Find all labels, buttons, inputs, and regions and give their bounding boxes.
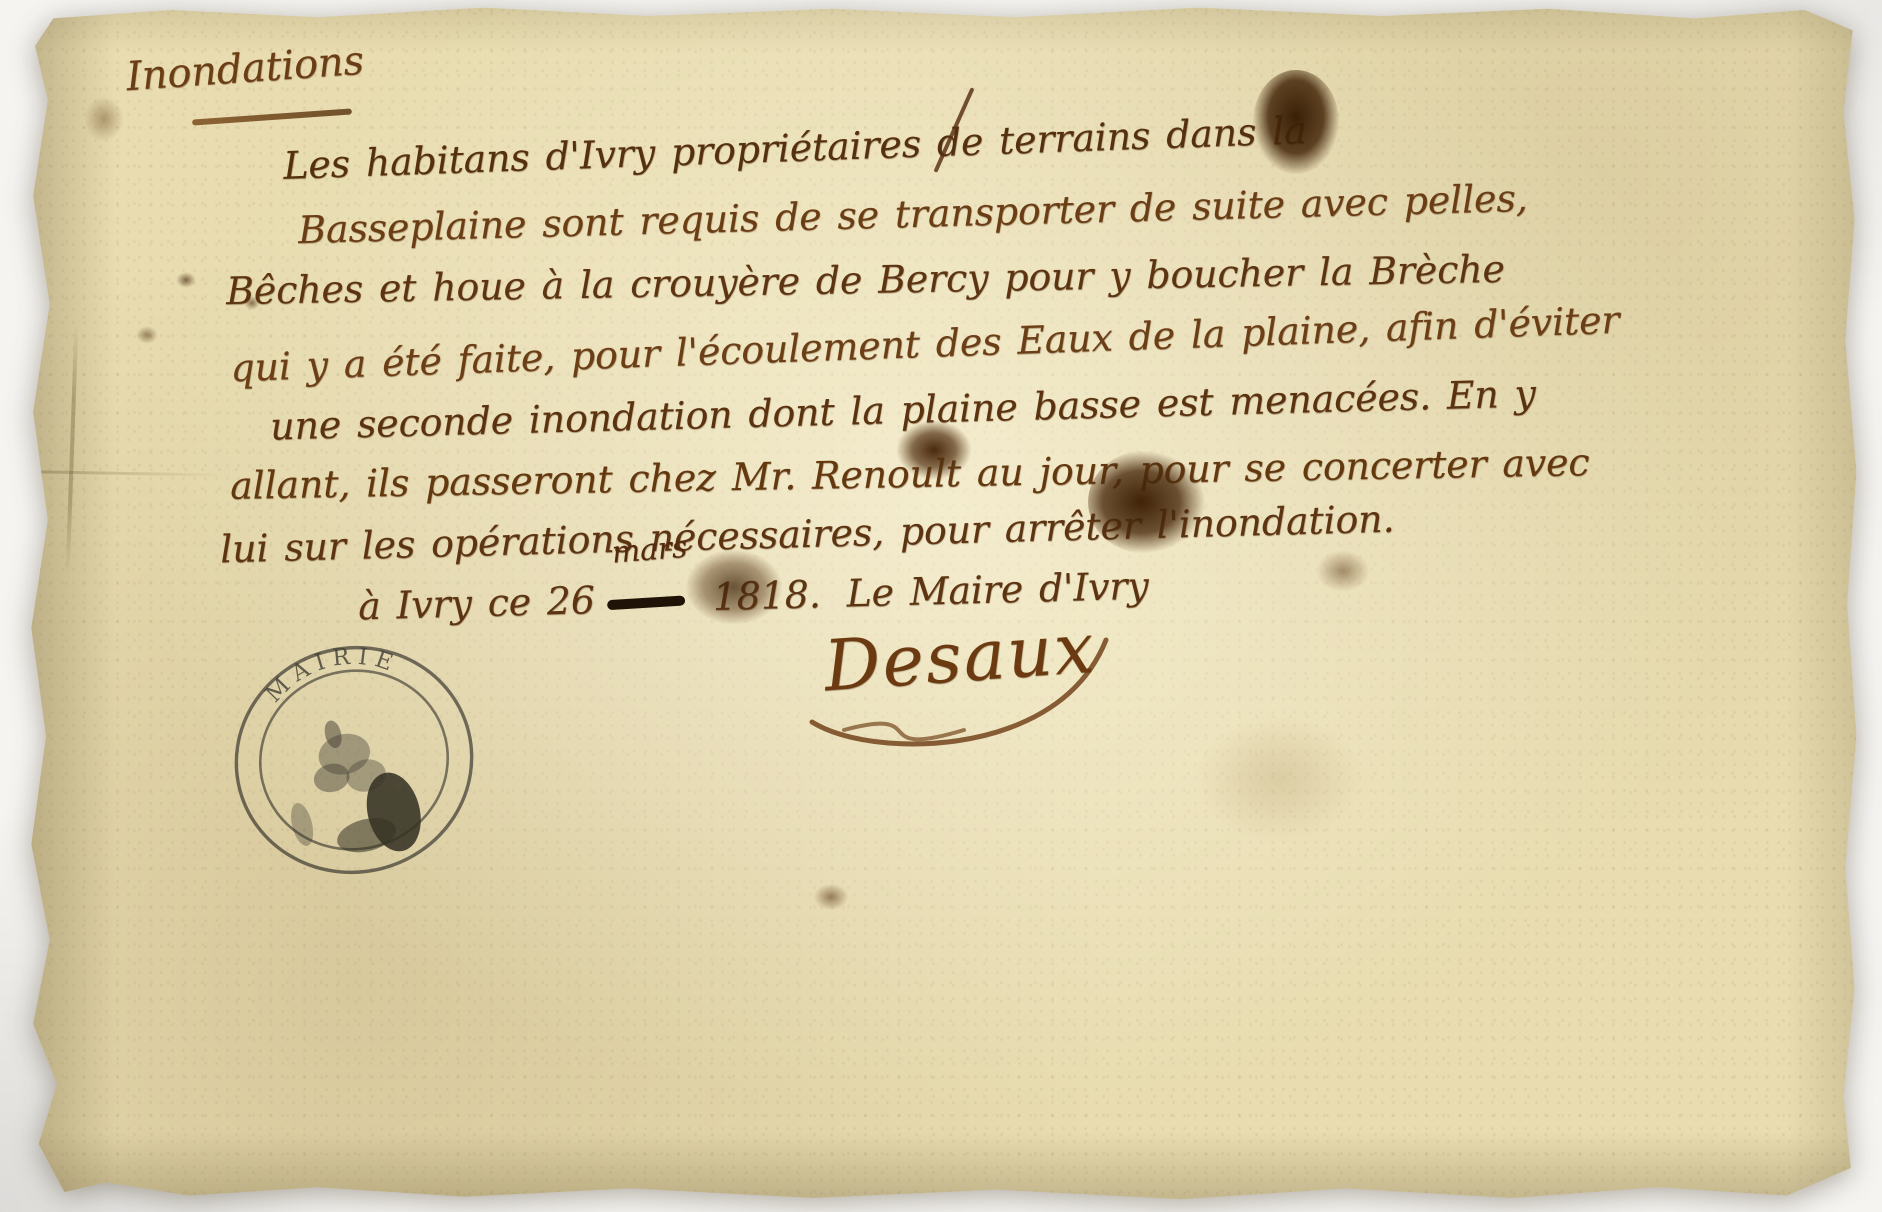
heading-underline [192, 108, 352, 125]
aged-paper-sheet: Inondations Les habitans d'Ivry propriét… [24, 4, 1860, 1204]
horizontal-fold-crease [30, 470, 230, 476]
ink-speck [136, 326, 158, 344]
ink-stain [1316, 550, 1370, 592]
svg-text:MAIRIE: MAIRIE [255, 629, 408, 711]
stamp-arc-text: MAIRIE [255, 629, 408, 711]
body-line-5: une seconde inondation dont la plaine ba… [270, 371, 1537, 448]
scanned-document-photo: Inondations Les habitans d'Ivry propriét… [0, 0, 1882, 1212]
correction-area: mars [606, 576, 685, 622]
faded-stain [1194, 714, 1364, 844]
stamp-emblem [270, 705, 429, 876]
edge-stain [84, 96, 124, 142]
inserted-word-mars: mars [610, 530, 688, 571]
mairie-stamp: MAIRIE [203, 613, 506, 907]
dateline-place-day: à Ivry ce 26 [358, 578, 596, 628]
ink-speck [176, 272, 196, 288]
paper-sheet-wrapper: Inondations Les habitans d'Ivry propriét… [24, 4, 1860, 1204]
body-line-1: Les habitans d'Ivry propriétaires de ter… [283, 108, 1308, 188]
strikethrough-mark [607, 595, 685, 610]
body-line-2: Basseplaine sont requis de se transporte… [298, 176, 1528, 252]
small-ink-mark [814, 884, 848, 910]
body-line-7: lui sur les opérations nécessaires, pour… [220, 497, 1395, 572]
dateline-closing: Le Maire d'Ivry [846, 564, 1149, 616]
vertical-fold-crease [66, 324, 79, 574]
document-heading: Inondations [125, 38, 366, 100]
body-line-3: Bêches et houe à la crouyère de Bercy po… [226, 247, 1505, 313]
